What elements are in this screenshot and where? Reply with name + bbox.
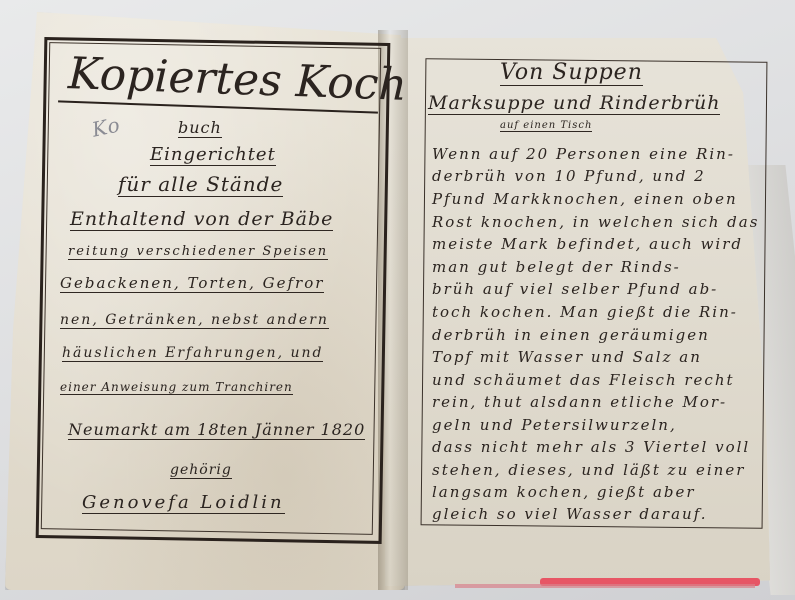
left-line: gehörig	[170, 462, 232, 479]
recipe-line: Rost knochen, in welchen sich das	[432, 213, 759, 231]
recipe-line: toch kochen. Man gießt die Rin-	[432, 303, 738, 321]
recipe-line: meiste Mark befindet, auch wird	[432, 235, 743, 253]
left-line: Enthaltend von der Bäbe	[70, 208, 333, 231]
recipe-line: man gut belegt der Rinds-	[432, 258, 681, 276]
recipe-line: derbrüh von 10 Pfund, und 2	[432, 167, 706, 185]
recipe-line: und schäumet das Fleisch recht	[432, 371, 735, 389]
recipe-note: auf einen Tisch	[500, 120, 592, 132]
recipe-line: dass nicht mehr als 3 Viertel voll	[432, 438, 750, 456]
left-line: Genovefa Loidlin	[82, 492, 285, 514]
recipe-line: stehen, dieses, und läßt zu einer	[432, 461, 745, 479]
left-line: buch	[178, 118, 222, 138]
left-line: nen, Getränken, nebst andern	[60, 312, 329, 329]
recipe-line: gleich so viel Wasser darauf.	[432, 505, 708, 523]
left-line: für alle Stände	[118, 172, 283, 197]
recipe-line: Wenn auf 20 Personen eine Rin-	[432, 145, 735, 163]
photo-scene: Kopiertes Koch Ko buch Eingerichtet für …	[0, 0, 795, 600]
red-page-edge-lower	[455, 584, 755, 588]
recipe-line: Pfund Markknochen, einen oben	[432, 190, 738, 208]
recipe-line: geln und Petersilwurzeln,	[432, 416, 677, 434]
left-line: Gebackenen, Torten, Gefror	[60, 274, 324, 293]
recipe-line: Topf mit Wasser und Salz an	[432, 348, 702, 366]
left-line: Eingerichtet	[150, 144, 276, 166]
recipe-line: langsam kochen, gießt aber	[432, 483, 696, 501]
recipe-line: derbrüh in einen geräumigen	[432, 326, 710, 344]
left-line: häuslichen Erfahrungen, und	[62, 345, 323, 362]
section-heading: Von Suppen	[500, 60, 643, 86]
recipe-title: Marksuppe und Rinderbrüh	[428, 92, 720, 115]
left-line: Neumarkt am 18ten Jänner 1820	[68, 420, 365, 440]
left-line: reitung verschiedener Speisen	[68, 244, 328, 260]
recipe-line: brüh auf viel selber Pfund ab-	[432, 280, 718, 298]
left-line: einer Anweisung zum Tranchiren	[60, 380, 293, 395]
recipe-line: rein, thut alsdann etliche Mor-	[432, 393, 727, 411]
